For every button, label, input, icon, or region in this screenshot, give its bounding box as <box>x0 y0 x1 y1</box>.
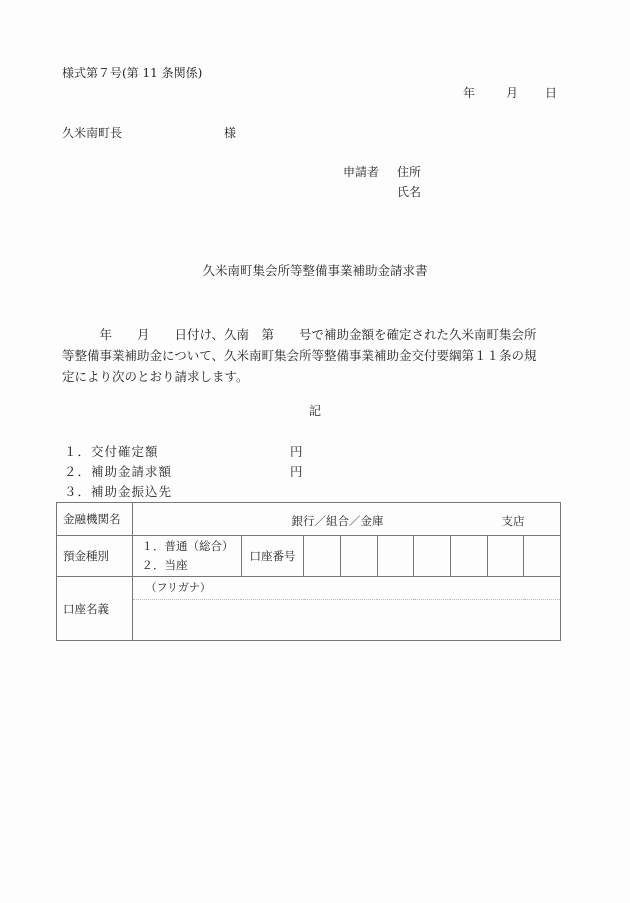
addressee: 久米南町長 <box>62 127 122 139</box>
account-digit-box[interactable] <box>304 536 341 577</box>
document-title: 久米南町集会所等整備事業補助金請求書 <box>0 265 630 278</box>
body-line: 定により次のとおり請求します。 <box>62 366 562 387</box>
bank-table: 金融機関名 銀行／組合／金庫 支店 預金種別 １．普通（総合） ２．当座 口座番… <box>56 502 561 641</box>
applicant-label: 申請者 <box>343 166 379 178</box>
account-digit-box[interactable] <box>450 536 487 577</box>
account-digit-box[interactable] <box>340 536 377 577</box>
deposit-option-current[interactable]: ２．当座 <box>141 556 240 575</box>
account-number-label: 口座番号 <box>241 536 304 577</box>
item-request-amount: ２．補助金請求額 <box>64 466 172 479</box>
account-name-field[interactable] <box>133 600 561 641</box>
body-line: 等整備事業補助金について、久米南町集会所等整備事業補助金交付要綱第１１条の規 <box>62 345 562 366</box>
account-name-label: 口座名義 <box>57 577 133 641</box>
institution-types: 銀行／組合／金庫 <box>291 513 383 529</box>
deposit-type-label: 預金種別 <box>57 536 133 577</box>
item-transfer-dest: ３．補助金振込先 <box>64 486 172 499</box>
date-month: 月 <box>506 87 518 99</box>
account-digit-box[interactable] <box>414 536 451 577</box>
body-paragraph: 年 月 日付け、久南 第 号で補助金額を確定された久米南町集会所 等整備事業補助… <box>62 324 562 387</box>
name-label: 氏名 <box>397 186 421 198</box>
deposit-option-ordinary[interactable]: １．普通（総合） <box>141 537 240 556</box>
date-day: 日 <box>545 87 557 99</box>
item-confirmed-amount: １．交付確定額 <box>64 446 159 459</box>
yen-unit: 円 <box>290 466 303 479</box>
yen-unit: 円 <box>290 446 303 459</box>
account-digit-box[interactable] <box>377 536 414 577</box>
institution-field[interactable]: 銀行／組合／金庫 支店 <box>133 503 561 536</box>
form-number: 様式第７号(第 11 条関係) <box>62 67 202 79</box>
branch-label: 支店 <box>501 513 524 529</box>
honorific: 様 <box>224 127 236 139</box>
institution-label: 金融機関名 <box>57 503 133 536</box>
deposit-type-options[interactable]: １．普通（総合） ２．当座 <box>133 536 241 577</box>
account-digit-box[interactable] <box>524 536 561 577</box>
body-line: 年 月 日付け、久南 第 号で補助金額を確定された久米南町集会所 <box>62 324 562 345</box>
address-label: 住所 <box>397 166 421 178</box>
date-year: 年 <box>463 87 475 99</box>
furigana-field[interactable]: （フリガナ） <box>133 577 561 600</box>
account-digit-box[interactable] <box>487 536 524 577</box>
ki-heading: 記 <box>0 405 630 417</box>
